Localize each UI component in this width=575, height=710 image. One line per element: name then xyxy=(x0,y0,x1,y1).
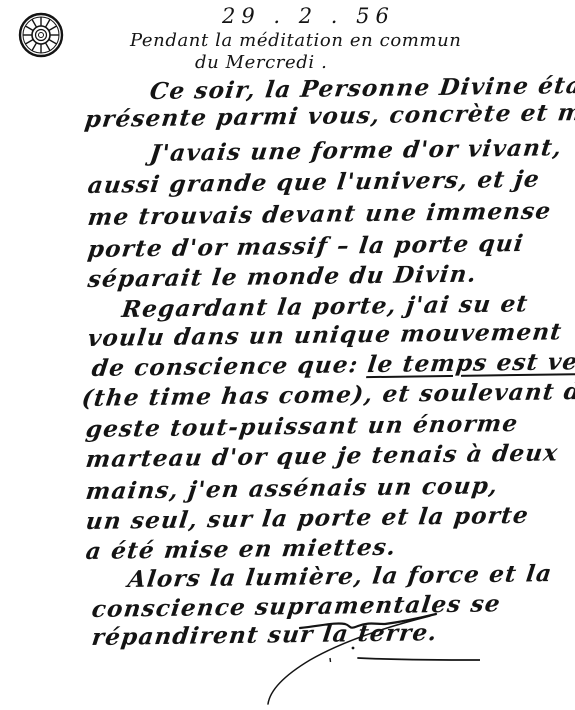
paragraph-2-line-1: Regardant la porte, j'ai su et xyxy=(120,290,530,323)
paragraph-2-line-5: geste tout-puissant un énorme xyxy=(84,410,520,443)
paragraph-2-line-7: mains, j'en assénais un coup, xyxy=(84,472,500,505)
note-date: 29 . 2 . 56 xyxy=(222,4,395,28)
paragraph-2-line-8: un seul, sur la porte et la porte xyxy=(84,502,530,535)
paragraph-1-line-7: séparait le monde du Divin. xyxy=(86,261,478,293)
note-heading-line-2: du Mercredi . xyxy=(195,52,327,73)
paragraph-1-line-3: J'avais une forme d'or vivant, xyxy=(148,134,564,167)
underlined-phrase: le temps est venu xyxy=(366,348,575,378)
paragraph-3-line-1: Alors la lumière, la force et la xyxy=(126,560,554,593)
paragraph-2-line-9: a été mise en miettes. xyxy=(84,534,398,565)
mother-symbol-icon xyxy=(18,12,64,58)
paragraph-1-line-5: me trouvais devant une immense xyxy=(86,198,553,231)
signature-mark xyxy=(250,600,480,710)
paragraph-2-line-3-text: de conscience que: xyxy=(90,351,360,382)
paragraph-2-line-4: (the time has come), et soulevant d'un xyxy=(80,377,575,412)
paragraph-1-line-6: porte d'or massif – la porte qui xyxy=(86,230,525,263)
paragraph-2-line-2: voulu dans un unique mouvement xyxy=(86,318,564,352)
paragraph-2-line-3: de conscience que: le temps est venu xyxy=(90,348,575,382)
handwritten-page: 29 . 2 . 56 Pendant la méditation en com… xyxy=(0,0,575,710)
paragraph-2-line-6: marteau d'or que je tenais à deux xyxy=(84,439,560,473)
note-heading-line-1: Pendant la méditation en commun xyxy=(130,30,461,51)
paragraph-1-line-4: aussi grande que l'univers, et je xyxy=(86,166,541,199)
